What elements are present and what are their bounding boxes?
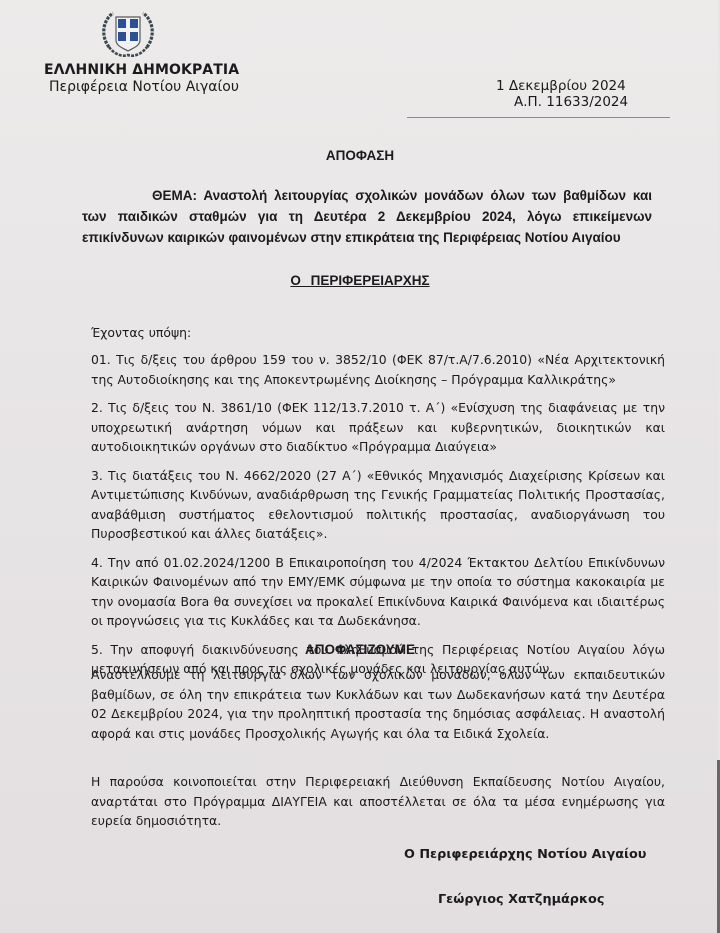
subject-line: ΘΕΜΑ: Αναστολή λειτουργίας σχολικών μονά… xyxy=(82,185,652,206)
decision-text: Αναστέλλουμε τη λειτουργία όλων των σχολ… xyxy=(91,665,665,743)
considerations-list: 01. Τις δ/ξεις του άρθρου 159 του ν. 385… xyxy=(91,350,665,688)
notice-text: Η παρούσα κοινοποιείται στην Περιφερειακ… xyxy=(91,772,665,831)
considering-label: Έχοντας υπόψη: xyxy=(91,323,665,343)
consideration-item: 3. Τις διατάξεις του Ν. 4662/2020 (27 Α΄… xyxy=(91,466,665,544)
subject-line: των παιδικών σταθμών για τη Δευτέρα 2 Δε… xyxy=(82,206,652,227)
subject-line: επικίνδυνων καιρικών φαινομένων στην επι… xyxy=(82,227,652,248)
organization-name: ΕΛΛΗΝΙΚΗ ΔΗΜΟΚΡΑΤΙΑ xyxy=(44,62,239,78)
greek-coat-of-arms-icon xyxy=(97,7,159,61)
signature-title: Ο Περιφερειάρχης Νοτίου Αιγαίου xyxy=(404,847,646,862)
document-subject: ΘΕΜΑ: Αναστολή λειτουργίας σχολικών μονά… xyxy=(82,185,652,248)
header-divider xyxy=(407,117,670,118)
decision-heading: ΑΠΟΦΑΣΙΖΟΥΜΕ xyxy=(0,642,720,657)
consideration-item: 4. Την από 01.02.2024/1200 Β Επικαιροποί… xyxy=(91,553,665,631)
protocol-number: Α.Π. 11633/2024 xyxy=(514,94,628,110)
region-name: Περιφέρεια Νοτίου Αιγαίου xyxy=(49,79,239,95)
document-title: ΑΠΟΦΑΣΗ xyxy=(0,148,720,163)
consideration-item: 01. Τις δ/ξεις του άρθρου 159 του ν. 385… xyxy=(91,350,665,389)
consideration-item: 2. Τις δ/ξεις του Ν. 3861/10 (ΦΕΚ 112/13… xyxy=(91,398,665,457)
signature-name: Γεώργιος Χατζημάρκος xyxy=(438,892,604,907)
document-date: 1 Δεκεμβρίου 2024 xyxy=(496,78,626,94)
official-heading: Ο ΠΕΡΙΦΕΡΕΙΑΡΧΗΣ xyxy=(0,273,720,288)
document-page: ΕΛΛΗΝΙΚΗ ΔΗΜΟΚΡΑΤΙΑ Περιφέρεια Νοτίου Αι… xyxy=(0,0,718,933)
